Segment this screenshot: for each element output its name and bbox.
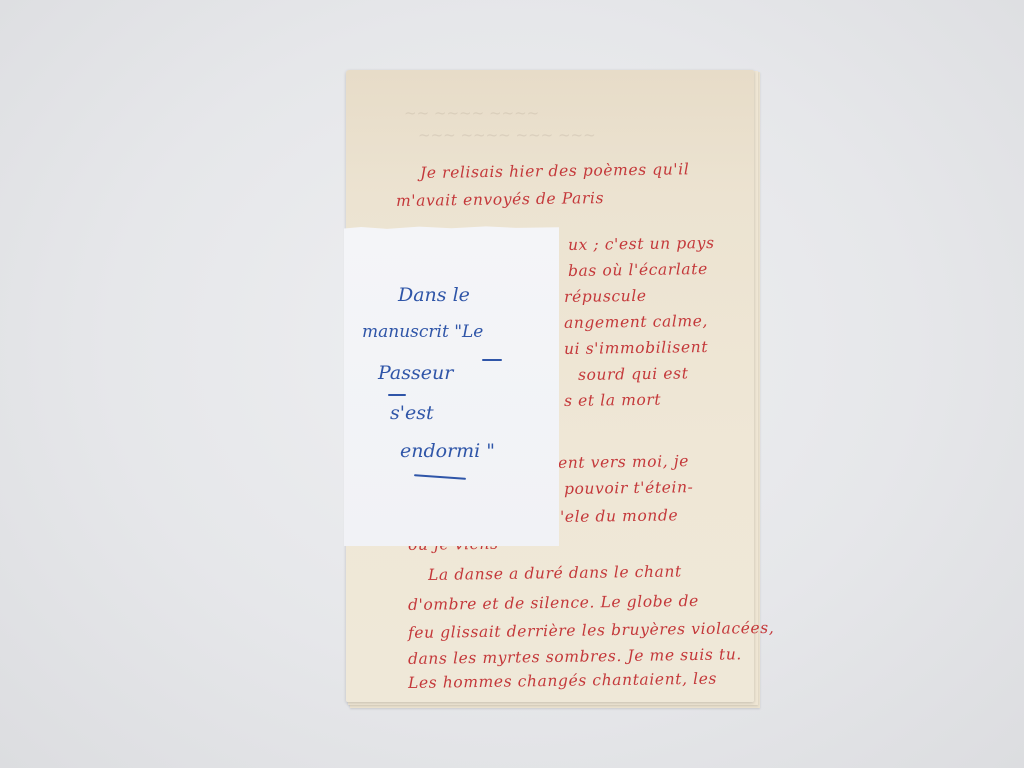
manuscript-line: ui s'immobilisent (564, 338, 708, 358)
manuscript-line: La danse a duré dans le chant (428, 562, 682, 584)
manuscript-line: d'ombre et de silence. Le globe de (408, 592, 699, 614)
note-line: endormi " (400, 440, 495, 462)
manuscript-line: ux ; c'est un pays (568, 234, 715, 254)
underline-mark (414, 474, 466, 479)
manuscript-line: répuscule (564, 287, 647, 306)
manuscript-line: 'ele du monde (560, 506, 678, 526)
bleed-through-text: ~~~ ~~~~ ~~~ ~~~ (418, 126, 596, 144)
manuscript-line: Les hommes changés chantaient, les (408, 670, 717, 692)
manuscript-line: ent vers moi, je (558, 452, 689, 472)
manuscript-line: angement calme, (564, 312, 708, 332)
bleed-through-text: ~~ ~~~~ ~~~~ (404, 104, 539, 122)
note-line: s'est (390, 402, 434, 424)
manuscript-line: Je relisais hier des poèmes qu'il (420, 160, 690, 182)
annotation-note-card: Dans le manuscrit "Le Passeur s'est endo… (344, 226, 559, 546)
note-line: Passeur (378, 362, 453, 384)
note-line: Dans le (398, 284, 470, 306)
underline-mark (388, 394, 406, 396)
manuscript-line: feu glissait derrière les bruyères viola… (408, 619, 775, 642)
manuscript-line: bas où l'écarlate (568, 260, 708, 280)
manuscript-line: pouvoir t'étein- (564, 478, 694, 498)
underline-mark (482, 359, 502, 361)
note-line: manuscrit "Le (362, 322, 483, 342)
manuscript-line: m'avait envoyés de Paris (396, 189, 604, 210)
manuscript-line: dans les myrtes sombres. Je me suis tu. (408, 645, 742, 668)
manuscript-line: s et la mort (564, 391, 661, 410)
manuscript-line: sourd qui est (578, 364, 689, 384)
